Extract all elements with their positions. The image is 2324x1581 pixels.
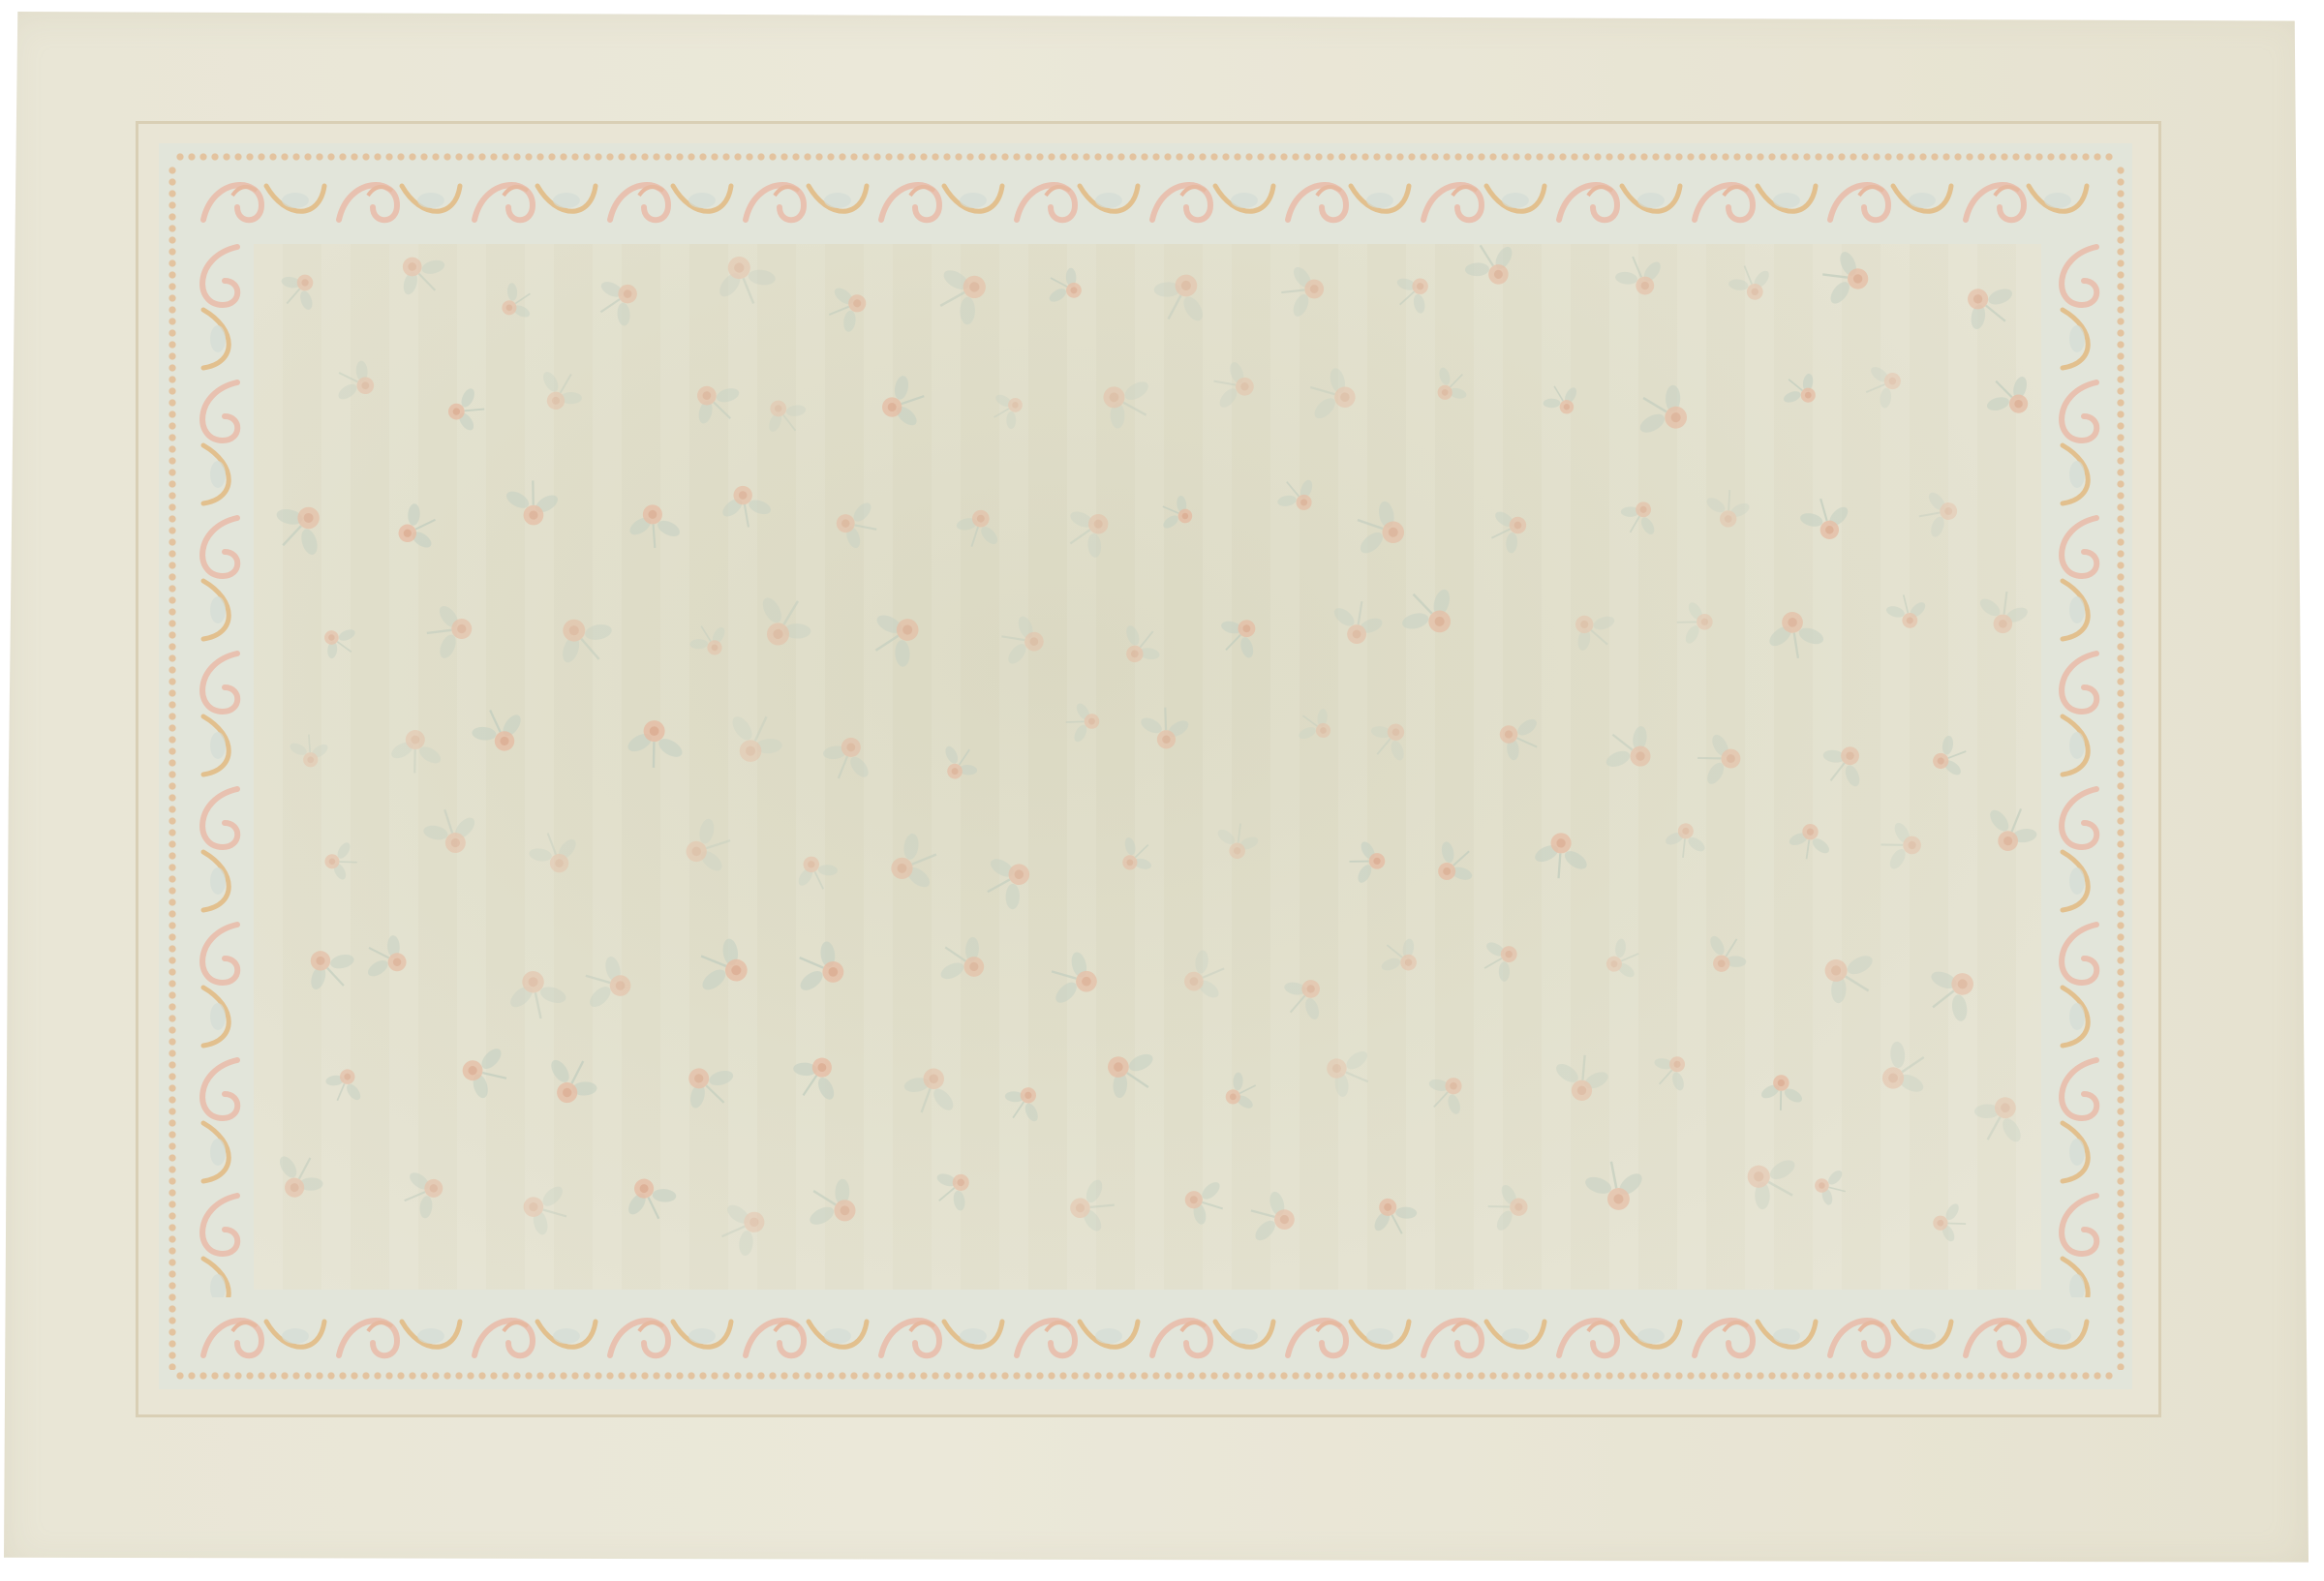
chain-guard-bottom: [174, 1370, 2117, 1382]
rose-spray-pattern: [254, 244, 2041, 1290]
chain-guard-top: [174, 151, 2117, 163]
chain-guard-right: [2115, 165, 2126, 1370]
scroll-border-left: [184, 237, 252, 1302]
scroll-border-right: [2043, 237, 2111, 1302]
scroll-border-bottom: [194, 1302, 2097, 1370]
chain-guard-left: [167, 165, 178, 1370]
scroll-border-top: [194, 167, 2097, 234]
central-field: [254, 244, 2041, 1290]
